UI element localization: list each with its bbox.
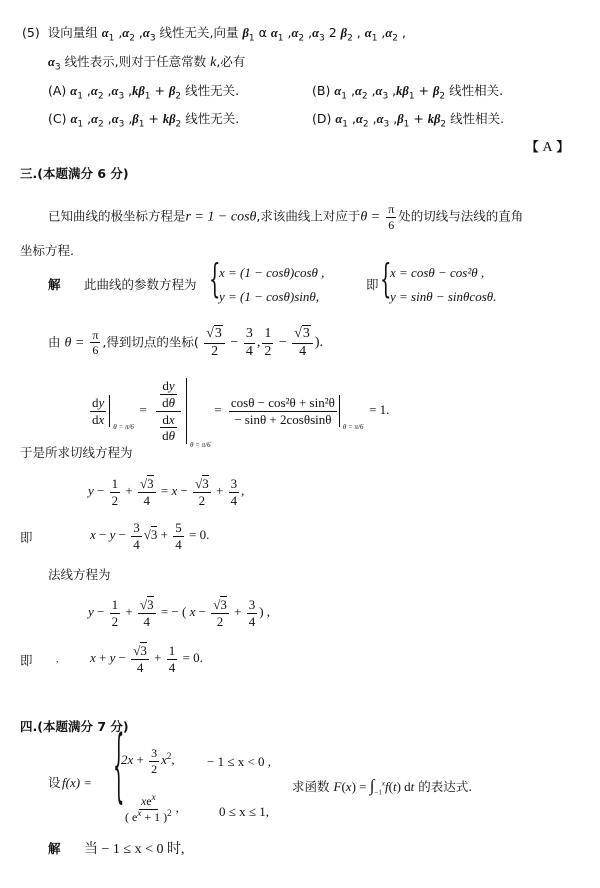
solution-label-4: 解 (48, 843, 61, 856)
case-2: xex( ex + 1 )2, 0 ≤ x ≤ 1, (121, 795, 179, 823)
tangent-simplified: x − y − 34√3 + 54 = 0. (90, 521, 209, 551)
option-label: (A) (48, 83, 66, 98)
solution-intro: 此曲线的参数方程为 (84, 279, 197, 292)
answer-box: 【A】 (526, 141, 569, 155)
option-d[interactable]: (D) α1 ,α2 ,α3 ,β1 + kβ2 线性相关. (312, 113, 504, 126)
question-5-line1: (5) 设向量组 α1 ,α2 ,α3 线性无关,向量 β1 α α1 ,α2 … (22, 27, 406, 40)
function-name: f(x) = (62, 776, 92, 789)
question-number: (5) (22, 25, 40, 40)
option-text: 线性无关. (185, 83, 239, 98)
normal-simplified: x + y − √34 + 14 = 0. (90, 644, 203, 674)
let-label: 设 (48, 777, 61, 790)
normal-equation: y − 12 + √34 = − ( x − √32 + 34) , (88, 598, 270, 628)
question-5-line2: α3 线性表示,则对于任意常数 k,必有 (48, 56, 245, 70)
ji-label-3: 即 (20, 655, 33, 668)
tangent-point-line: 由 θ = π6,得到切点的坐标( √32 − 34,12 − √34). (48, 327, 323, 359)
question-stem: 设向量组 α1 ,α2 ,α3 线性无关,向量 β1 α α1 ,α2 ,α3 … (44, 25, 406, 40)
ji-label: 即 (366, 279, 379, 292)
ask-text: 求函数 F(x) = ∫−1xf(t) dt 的表达式. (292, 777, 472, 794)
stray-mark: , (56, 655, 58, 664)
tangent-equation: y − 12 + √34 = x − √32 + 34, (88, 477, 244, 507)
option-text: 线性无关. (185, 111, 239, 126)
option-b[interactable]: (B) α1 ,α2 ,α3 ,kβ1 + β2 线性相关. (312, 85, 503, 98)
solution-first-line: 当 − 1 ≤ x < 0 时, (84, 843, 184, 857)
option-text: 线性相关. (450, 111, 504, 126)
tangent-intro: 于是所求切线方程为 (20, 447, 133, 460)
section-3-problem-line2: 坐标方程. (20, 245, 74, 258)
normal-intro: 法线方程为 (48, 569, 111, 582)
tangent-point-coords: √32 − 34,12 − √34). (199, 335, 323, 350)
option-a[interactable]: (A) α1 ,α2 ,α3 ,kβ1 + β2 线性无关. (48, 85, 239, 98)
answer-value: A (539, 141, 557, 155)
section-3-problem-line1: 已知曲线的极坐标方程是r = 1 − cosθ,求该曲线上对应于θ = π6处的… (48, 203, 523, 231)
option-c[interactable]: (C) α1 ,α2 ,α3 ,β1 + kβ2 线性无关. (48, 113, 239, 126)
option-label: (D) (312, 111, 331, 126)
ji-label-2: 即 (20, 532, 33, 545)
case-1: 2x + 32x2, − 1 ≤ x < 0 , (121, 747, 175, 775)
option-label: (C) (48, 111, 66, 126)
derivative-equation: dydxθ = π/6 = dydθdxdθθ = π/6 = cosθ − c… (88, 378, 389, 444)
section-3-heading: 三.(本题满分 6 分) (20, 168, 129, 181)
option-text: 线性相关. (449, 83, 503, 98)
option-label: (B) (312, 83, 330, 98)
solution-label: 解 (48, 279, 61, 292)
